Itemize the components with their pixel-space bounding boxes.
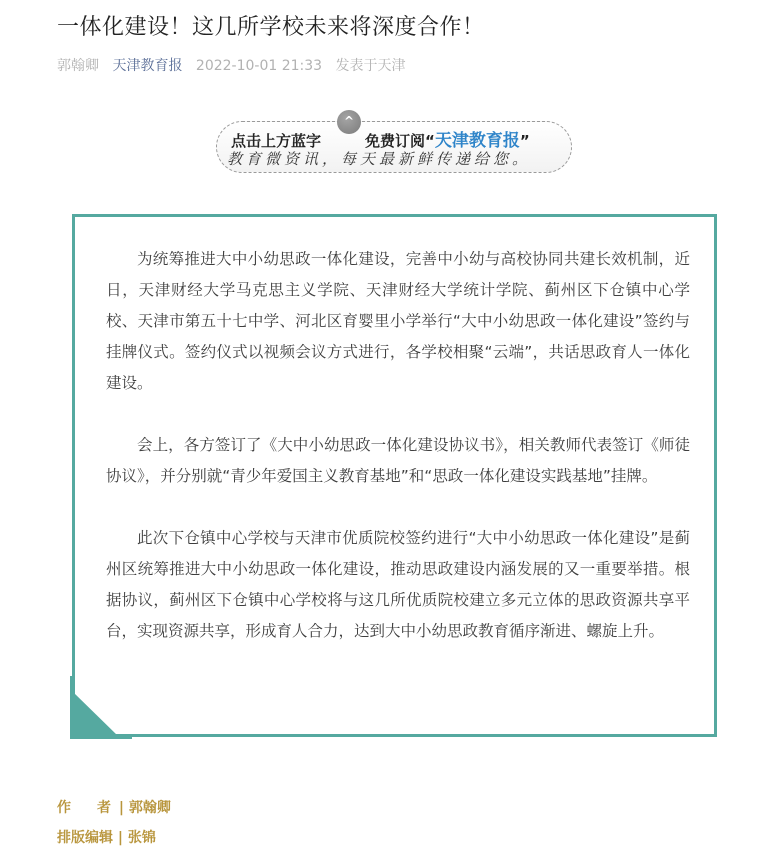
credit-author: 作者 | 郭翰卿 [57, 797, 171, 817]
author-separator: | [114, 800, 129, 816]
publish-datetime: 2022-10-01 21:33 [196, 58, 322, 74]
corner-triangle-decoration [70, 676, 132, 739]
paragraph-3: 此次下仓镇中心学校与天津市优质院校签约进行“大中小幼思政一体化建设”是蓟州区统筹… [106, 523, 690, 647]
article-body: 为统筹推进大中小幼思政一体化建设，完善中小幼与高校协同共建长效机制，近日，天津财… [106, 244, 690, 678]
account-link[interactable]: 天津教育报 [112, 58, 182, 74]
article-meta: 郭翰卿 天津教育报 2022-10-01 21:33 发表于天津 [57, 56, 415, 76]
paragraph-1: 为统筹推进大中小幼思政一体化建设，完善中小幼与高校协同共建长效机制，近日，天津财… [106, 244, 690, 399]
author-label: 作者 [57, 797, 114, 817]
editor-separator: | [113, 830, 128, 846]
publish-location: 发表于天津 [336, 58, 406, 74]
author-value: 郭翰卿 [129, 800, 171, 816]
subscribe-banner[interactable]: 点击上方蓝字免费订阅“天津教育报” 教育微资讯，每天最新鲜传递给您。 [216, 121, 572, 173]
credit-editor: 排版编辑 | 张锦 [57, 827, 156, 847]
up-arrow-icon: ^ [337, 110, 361, 134]
editor-value: 张锦 [128, 830, 156, 846]
author-name: 郭翰卿 [57, 58, 99, 74]
banner-tagline: 教育微资讯，每天最新鲜传递给您。 [227, 148, 531, 169]
editor-label: 排版编辑 [57, 830, 113, 846]
paragraph-2: 会上，各方签订了《大中小幼思政一体化建设协议书》，相关教师代表签订《师徒协议》，… [106, 430, 690, 492]
article-title: 一体化建设！这几所学校未来将深度合作！ [57, 12, 485, 44]
